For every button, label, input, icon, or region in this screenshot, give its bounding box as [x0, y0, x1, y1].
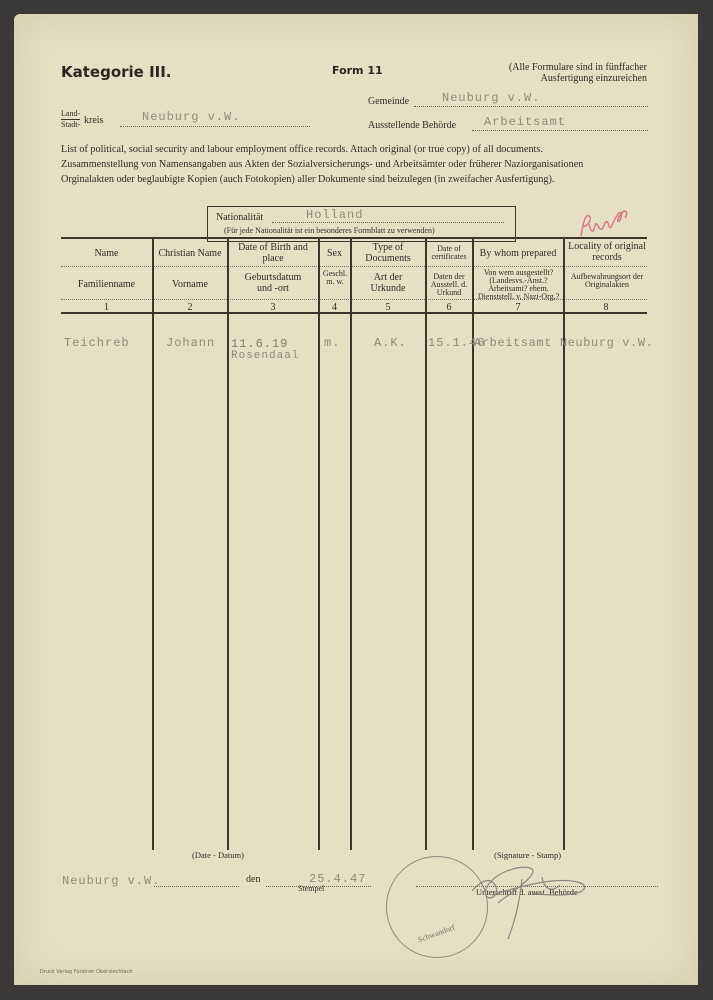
den-label: den: [246, 874, 260, 885]
col-number-3: 3: [228, 302, 318, 313]
instruction-line-en: List of political, social security and l…: [61, 142, 583, 157]
col-header-certdate-en: Date of certificates: [427, 245, 471, 261]
col-sep-5: [425, 237, 427, 850]
col-number-8: 8: [565, 302, 647, 313]
col-sep-2: [227, 237, 229, 850]
document-page: Kategorie III. Form 11 (Alle Formulare s…: [14, 14, 698, 985]
col-header-birth-de: Geburtsdatum und -ort: [236, 272, 310, 294]
submission-note-line2: Ausfertigung einzureichen: [489, 73, 647, 84]
cell-birth-place: Rosendaal: [231, 350, 299, 362]
instruction-line-de1: Zusammenstellung von Namensangaben aus A…: [61, 157, 583, 172]
col-sep-3: [318, 237, 320, 850]
category-title: Kategorie III.: [61, 63, 172, 81]
cell-sex: m.: [324, 336, 340, 350]
instructions: List of political, social security and l…: [61, 142, 583, 187]
col-sep-1: [152, 237, 154, 850]
signature-icon: [462, 859, 612, 949]
submission-note: (Alle Formulare sind in fünffacher Ausfe…: [489, 62, 647, 84]
date-caption: (Date - Datum): [192, 850, 244, 860]
kreis-value: Neuburg v.W.: [142, 110, 240, 124]
nationality-value: Holland: [306, 208, 363, 222]
submission-note-line1: (Alle Formulare sind in fünffacher: [489, 62, 647, 73]
col-header-sex-en: Sex: [319, 248, 350, 259]
col-header-prepared-de: Von wem ausgestellt? (Landesvs.-Anst.? A…: [475, 269, 562, 301]
stadt-label: Stadt-: [61, 120, 80, 130]
cell-prepared-by: Arbeitsamt Neuburg v.W.: [474, 336, 653, 350]
header-divider-en-de: [61, 266, 647, 268]
cell-doc-type: A.K.: [374, 336, 407, 350]
table-top-border: [61, 237, 647, 239]
form-number: Form 11: [332, 64, 383, 77]
col-header-name-de: Familienname: [61, 279, 152, 290]
behoerde-value: Arbeitsamt: [484, 115, 566, 129]
cell-name: Teichreb: [64, 336, 130, 350]
col-number-4: 4: [319, 302, 350, 313]
col-sep-6: [472, 237, 474, 850]
col-header-birth-en: Date of Birth and place: [236, 242, 310, 264]
stempel-label: Stempel: [298, 884, 324, 893]
col-number-7: 7: [473, 302, 563, 313]
instruction-line-de2: Orginalakten oder beglaubigte Kopien (au…: [61, 172, 583, 187]
cell-christian-name: Johann: [166, 336, 215, 350]
handwritten-signature: [462, 859, 612, 954]
land-label: Land-: [61, 109, 80, 120]
col-header-christian-de: Vorname: [153, 279, 227, 290]
gemeinde-label: Gemeinde: [368, 96, 409, 107]
col-number-2: 2: [153, 302, 227, 313]
cell-birth-date: 11.6.19: [231, 337, 288, 351]
col-header-sex-de: Geschl. m. w.: [320, 270, 350, 286]
col-sep-4: [350, 237, 352, 850]
nationality-label: Nationalität: [216, 212, 263, 223]
col-header-locality-en: Locality of original records: [565, 241, 649, 263]
kreis-label: kreis: [84, 115, 103, 126]
col-header-christian-en: Christian Name: [153, 248, 227, 259]
col-header-doctype-de: Art der Urkunde: [364, 272, 412, 294]
col-number-5: 5: [351, 302, 425, 313]
land-stadt-label: Land- Stadt-: [61, 109, 80, 130]
col-header-name-en: Name: [61, 248, 152, 259]
col-header-certdate-de: Daten der Ausstell. d. Urkund: [427, 273, 471, 297]
place-field: [154, 874, 239, 887]
printer-imprint: Druck Verlag Forstner Oberviechtach: [40, 969, 132, 975]
nationality-note: (Für jede Nationalität ist ein besondere…: [224, 226, 435, 235]
col-header-locality-de: Aufbewahrungsort der Originalakten: [567, 273, 647, 289]
col-number-1: 1: [61, 302, 152, 313]
stamp-text: Schwandorf: [417, 923, 456, 945]
behoerde-label: Ausstellende Behörde: [368, 120, 456, 131]
col-header-doctype-en: Type of Documents: [359, 242, 417, 264]
place-value: Neuburg v.W.: [62, 874, 160, 888]
col-sep-7: [563, 237, 565, 850]
col-number-6: 6: [426, 302, 472, 313]
gemeinde-value: Neuburg v.W.: [442, 91, 540, 105]
col-header-prepared-en: By whom prepared: [473, 248, 563, 259]
